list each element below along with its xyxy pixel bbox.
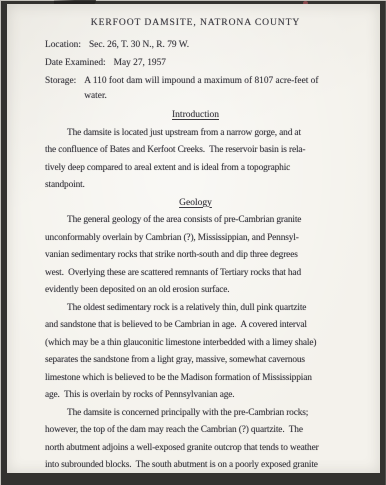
text-line: The general geology of the area consists… — [45, 212, 360, 230]
date-examined-value: May 27, 1957 — [114, 56, 166, 71]
section-body-introduction: The damsite is located just upstream fro… — [45, 125, 360, 195]
text-line: tively deep compared to areal extent and… — [45, 160, 360, 178]
text-line: Sec. 26, T. 30 N., R. 79 W. — [89, 40, 189, 50]
location-value: Sec. 26, T. 30 N., R. 79 W. — [89, 38, 189, 53]
section-geology: Geology The general geology of the area … — [45, 195, 360, 474]
text-line: unconformably overlain by Cambrian (?), … — [45, 230, 360, 248]
text-line: The damsite is concerned principally wit… — [45, 405, 360, 423]
section-heading-introduction: Introduction — [45, 107, 360, 125]
text-line: the confluence of Bates and Kerfoot Cree… — [45, 142, 360, 160]
paragraph: The damsite is located just upstream fro… — [45, 125, 360, 195]
paragraph: The general geology of the area consists… — [45, 212, 360, 300]
storage-label: Storage: — [45, 74, 76, 104]
paragraph: The oldest sedimentary rock is a relativ… — [45, 300, 360, 405]
date-examined-label: Date Examined: — [45, 56, 106, 71]
text-line: A 110 foot dam will impound a maximum of… — [84, 74, 318, 89]
text-line: evidently been deposited on an old erosi… — [45, 282, 360, 300]
text-line: (which may be a thin glauconitic limesto… — [45, 335, 360, 353]
storage-value: A 110 foot dam will impound a maximum of… — [84, 74, 318, 104]
meta-row-date-examined: Date Examined: May 27, 1957 — [45, 56, 360, 71]
location-label: Location: — [45, 38, 81, 53]
text-line: vanian sedimentary rocks that strike nor… — [45, 247, 360, 265]
text-line: water. — [84, 89, 318, 104]
text-line: age. This is overlain by rocks of Pennsy… — [45, 387, 360, 405]
text-line: west. Overlying these are scattered remn… — [45, 265, 360, 283]
section-introduction: Introduction The damsite is located just… — [45, 107, 360, 195]
paragraph: The damsite is concerned principally wit… — [45, 405, 360, 474]
document-page: KERFOOT DAMSITE, NATRONA COUNTY Location… — [7, 4, 380, 473]
text-line: and sandstone that is believed to be Cam… — [45, 317, 360, 335]
text-line: The damsite is located just upstream fro… — [45, 125, 360, 143]
meta-row-storage: Storage: A 110 foot dam will impound a m… — [45, 74, 360, 104]
document-content: KERFOOT DAMSITE, NATRONA COUNTY Location… — [7, 4, 380, 473]
text-line: May 27, 1957 — [114, 58, 166, 68]
document-meta: Location: Sec. 26, T. 30 N., R. 79 W. Da… — [45, 38, 360, 104]
document-title: KERFOOT DAMSITE, NATRONA COUNTY — [45, 16, 360, 29]
scan-border-frame: KERFOOT DAMSITE, NATRONA COUNTY Location… — [0, 0, 386, 485]
section-body-geology: The general geology of the area consists… — [45, 212, 360, 473]
text-line: separates the sandstone from a light gra… — [45, 352, 360, 370]
meta-row-location: Location: Sec. 26, T. 30 N., R. 79 W. — [45, 38, 360, 53]
text-line: north abutment adjoins a well-exposed gr… — [45, 440, 360, 458]
text-line: into subrounded blocks. The south abutme… — [45, 457, 360, 473]
section-heading-geology: Geology — [45, 195, 360, 213]
text-line: however, the top of the dam may reach th… — [45, 422, 360, 440]
text-line: The oldest sedimentary rock is a relativ… — [45, 300, 360, 318]
text-line: limestone which is believed to be the Ma… — [45, 370, 360, 388]
text-line: standpoint. — [45, 177, 360, 195]
